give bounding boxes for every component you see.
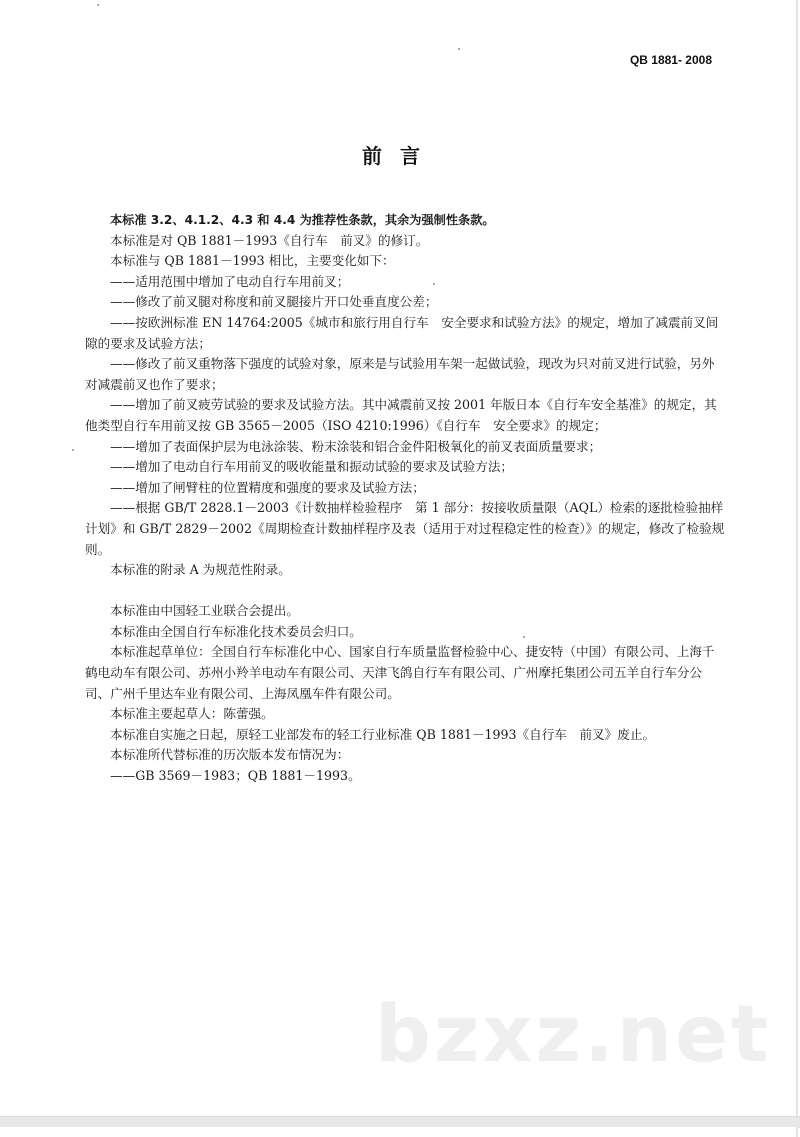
list-item: ——GB 3569－1983；QB 1881－1993。 (85, 766, 725, 787)
list-item: ——增加了闸臂柱的位置精度和强度的要求及试验方法； (85, 478, 725, 499)
list-item: ——增加了表面保护层为电泳涂装、粉末涂装和铝合金件阳极氧化的前叉表面质量要求； (85, 437, 725, 458)
document-page: QB 1881- 2008 前言 本标准 3.2、4.1.2、4.3 和 4.4… (0, 0, 798, 1116)
list-item: ——修改了前叉腿对称度和前叉腿接片开口处垂直度公差； (85, 292, 725, 313)
paragraph: 本标准由全国自行车标准化技术委员会归口。 (85, 622, 725, 643)
scan-speck (72, 449, 74, 451)
next-page-top (0, 1127, 798, 1137)
standard-code: QB 1881- 2008 (630, 53, 712, 67)
list-item: ——增加了电动自行车用前叉的吸收能量和振动试验的要求及试验方法； (85, 457, 725, 478)
paragraph: 本标准起草单位：全国自行车标准化中心、国家自行车质量监督检验中心、捷安特（中国）… (85, 642, 725, 704)
spacer (85, 581, 725, 602)
paragraph: 本标准与 QB 1881－1993 相比，主要变化如下： (85, 251, 725, 272)
scan-speck (523, 636, 525, 638)
list-item: ——修改了前叉重物落下强度的试验对象，原来是与试验用车架一起做试验，现改为只对前… (85, 354, 725, 395)
foreword-body: 本标准 3.2、4.1.2、4.3 和 4.4 为推荐性条款，其余为强制性条款。… (85, 210, 725, 787)
paragraph: 本标准由中国轻工业联合会提出。 (85, 601, 725, 622)
list-item: ——适用范围中增加了电动自行车用前叉； (85, 272, 725, 293)
list-item: ——增加了前叉疲劳试验的要求及试验方法。其中减震前叉按 2001 年版日本《自行… (85, 395, 725, 436)
list-item: ——按欧洲标准 EN 14764:2005《城市和旅行用自行车 安全要求和试验方… (85, 313, 725, 354)
page-title: 前言 (0, 140, 800, 169)
scan-speck (433, 283, 435, 285)
scan-speck (458, 48, 460, 50)
paragraph: 本标准主要起草人：陈蕾强。 (85, 704, 725, 725)
scan-speck (97, 4, 99, 6)
list-item: ——根据 GB/T 2828.1－2003《计数抽样检验程序 第 1 部分：按接… (85, 498, 725, 560)
paragraph: 本标准自实施之日起，原轻工业部发布的轻工行业标准 QB 1881－1993《自行… (85, 725, 725, 746)
watermark: bzxz.net (375, 990, 771, 1080)
paragraph: 本标准所代替标准的历次版本发布情况为： (85, 745, 725, 766)
paragraph: 本标准 3.2、4.1.2、4.3 和 4.4 为推荐性条款，其余为强制性条款。 (85, 210, 725, 231)
paragraph: 本标准是对 QB 1881－1993《自行车 前叉》的修订。 (85, 231, 725, 252)
paragraph: 本标准的附录 A 为规范性附录。 (85, 560, 725, 581)
